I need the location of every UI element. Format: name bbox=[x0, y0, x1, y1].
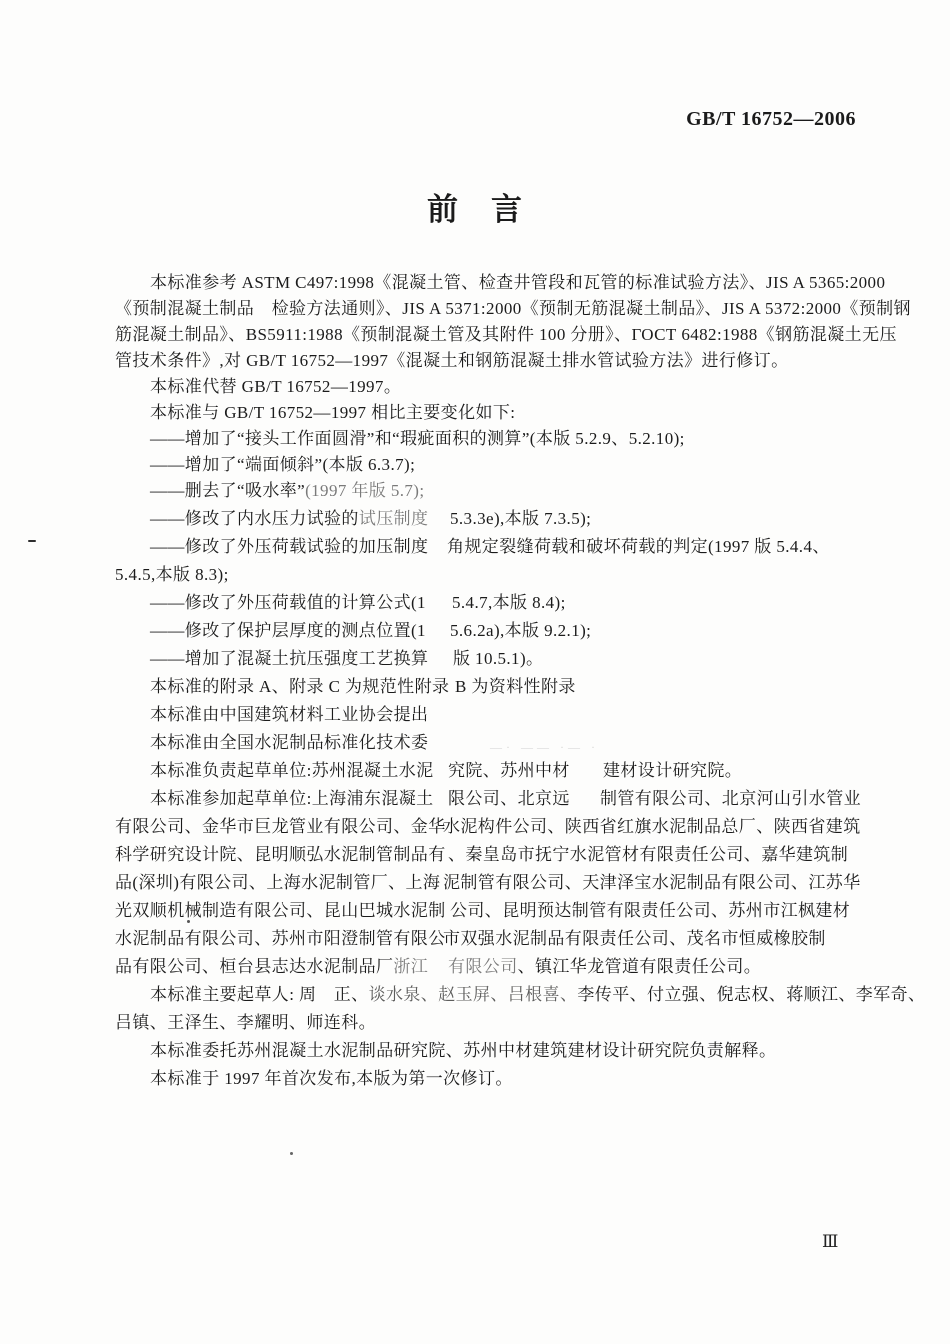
foreword-body-block: ——修改了内水压力试验的试压制度5.3.3e),本版 7.3.5); ——修改了… bbox=[115, 505, 895, 1093]
text-segment: 有限公司、镇江华龙管道有限责任公司。 bbox=[448, 953, 761, 981]
scan-speck bbox=[290, 1152, 293, 1155]
text-segment: 5.4.5,本版 8.3); bbox=[115, 565, 229, 584]
foreword-line: 本标准于 1997 年首次发布,本版为第一次修订。 bbox=[115, 1065, 895, 1093]
foreword-line: 吕镇、王泽生、李耀明、师连科。 bbox=[115, 1009, 895, 1037]
foreword-line: 本标准由中国建筑材料工业协会提出 bbox=[115, 701, 895, 729]
foreword-line: 科学研究设计院、昆明顺弘水泥制管制品有、秦皇岛市抚宁水泥管材有限责任公司、嘉华建… bbox=[115, 841, 895, 869]
text-segment: 水泥制品有限公司、苏州市阳澄制管有限公 bbox=[115, 929, 446, 948]
foreword-line: ——增加了混凝土抗压强度工艺换算版 10.5.1)。 bbox=[115, 645, 895, 673]
text-segment: 本标准委托苏州混凝土水泥制品研究院、苏州中材建筑建材设计研究院负责解释。 bbox=[150, 1041, 776, 1060]
faded-text-segment: 谈水泉、赵玉屏、吕根喜、 bbox=[369, 985, 578, 1004]
text-segment: 角规定裂缝荷载和破坏荷载的判定(1997 版 5.4.4、 bbox=[447, 533, 830, 561]
foreword-line: 有限公司、金华市巨龙管业有限公司、金华水泥构件公司、陕西省红旗水泥制品总厂、陕西… bbox=[115, 813, 895, 841]
text-segment: 制管有限公司、北京河山引水管业 bbox=[600, 785, 861, 813]
foreword-line: 本标准委托苏州混凝土水泥制品研究院、苏州中材建筑建材设计研究院负责解释。 bbox=[115, 1037, 895, 1065]
foreword-line: 筋混凝土制品》、BS5911:1988《预制混凝土管及其附件 100 分册》、Г… bbox=[115, 322, 895, 348]
text-segment: 光双顺机械制造有限公司、昆山巴城水泥制 bbox=[115, 901, 446, 920]
foreword-line: ——增加了“端面倾斜”(本版 6.3.7); bbox=[115, 452, 895, 478]
text-segment: ——修改了外压荷载试验的加压制度 bbox=[150, 537, 428, 556]
foreword-line: ——修改了外压荷载值的计算公式(15.4.7,本版 8.4); bbox=[115, 589, 895, 617]
foreword-line: 本标准主要起草人: 周 正、谈水泉、赵玉屏、吕根喜、李传平、付立强、倪志权、蒋顺… bbox=[115, 981, 895, 1009]
text-segment: ——修改了保护层厚度的测点位置(1 bbox=[150, 621, 426, 640]
text-segment: 本标准由全国水泥制品标准化技术委 bbox=[150, 733, 428, 752]
faded-text-segment: 试压制度 bbox=[359, 509, 429, 528]
foreword-line: 本标准代替 GB/T 16752—1997。 bbox=[115, 374, 895, 400]
foreword-line: ——删去了“吸水率”(1997 年版 5.7); bbox=[115, 478, 895, 504]
text-segment: 本标准与 GB/T 16752—1997 相比主要变化如下: bbox=[150, 403, 515, 422]
text-segment: 筋混凝土制品》、BS5911:1988《预制混凝土管及其附件 100 分册》、Г… bbox=[115, 325, 897, 344]
foreword-line: 光双顺机械制造有限公司、昆山巴城水泥制公司、昆明预达制管有限责任公司、苏州市江枫… bbox=[115, 897, 895, 925]
text-segment: 本标准由中国建筑材料工业协会提出 bbox=[150, 705, 428, 724]
doc-number: GB/T 16752—2006 bbox=[686, 108, 856, 131]
text-segment: 本标准参加起草单位:上海浦东混凝土 bbox=[150, 789, 434, 808]
foreword-line: 水泥制品有限公司、苏州市阳澄制管有限公市双强水泥制品有限责任公司、茂名市恒威橡胶… bbox=[115, 925, 895, 953]
foreword-line: 本标准参加起草单位:上海浦东混凝土限公司、北京远制管有限公司、北京河山引水管业 bbox=[115, 785, 895, 813]
text-segment: 本标准的附录 A、附录 C 为规范性附录 bbox=[150, 677, 449, 696]
text-segment: 、镇江华龙管道有限责任公司。 bbox=[518, 957, 762, 976]
page-number: Ⅲ bbox=[822, 1232, 838, 1252]
foreword-line: 管技术条件》,对 GB/T 16752—1997《混凝土和钢筋混凝土排水管试验方… bbox=[115, 348, 895, 374]
foreword-line: 本标准与 GB/T 16752—1997 相比主要变化如下: bbox=[115, 400, 895, 426]
foreword-line: ——修改了外压荷载试验的加压制度角规定裂缝荷载和破坏荷载的判定(1997 版 5… bbox=[115, 533, 895, 561]
text-segment: 本标准代替 GB/T 16752—1997。 bbox=[150, 377, 401, 396]
text-segment: 版 10.5.1)。 bbox=[453, 645, 543, 673]
text-segment: 《预制混凝土制品 检验方法通则》、JIS A 5371:2000《预制无筋混凝土… bbox=[115, 299, 911, 318]
scanned-standard-page: { "header": { "doc_number": "GB/T 16752—… bbox=[0, 0, 950, 1344]
page-title: 前 言 bbox=[0, 184, 950, 229]
text-segment: 5.3.3e),本版 7.3.5); bbox=[450, 505, 591, 533]
text-segment: ——增加了“接头工作面圆滑”和“瑕疵面积的测算”(本版 5.2.9、5.2.10… bbox=[150, 429, 685, 448]
foreword-line: 品(深圳)有限公司、上海水泥制管厂、上海泥制管有限公司、天津泽宝水泥制品有限公司… bbox=[115, 869, 895, 897]
foreword-line: 5.4.5,本版 8.3); bbox=[115, 561, 895, 589]
text-segment: 有限公司、金华市巨龙管业有限公司、金华 bbox=[115, 817, 446, 836]
text-segment: 品有限公司、桓台县志达水泥制品厂 bbox=[115, 957, 393, 976]
text-segment: 本标准于 1997 年首次发布,本版为第一次修订。 bbox=[150, 1069, 513, 1088]
text-segment: 品(深圳)有限公司、上海水泥制管厂、上海 bbox=[115, 873, 440, 892]
text-segment: 李传平、付立强、倪志权、蒋顺江、李军奇、 bbox=[577, 985, 925, 1004]
text-segment: 水泥构件公司、陕西省红旗水泥制品总厂、陕西省建筑 bbox=[443, 813, 861, 841]
foreword-line: ——修改了内水压力试验的试压制度5.3.3e),本版 7.3.5); bbox=[115, 505, 895, 533]
foreword-line: 本标准参考 ASTM C497:1998《混凝土管、检查井管段和瓦管的标准试验方… bbox=[115, 270, 895, 296]
text-segment: 市双强水泥制品有限责任公司、茂名市恒威橡胶制 bbox=[443, 925, 826, 953]
foreword-line: ——修改了保护层厚度的测点位置(15.6.2a),本版 9.2.1); bbox=[115, 617, 895, 645]
foreword-line: 品有限公司、桓台县志达水泥制品厂浙江有限公司、镇江华龙管道有限责任公司。 bbox=[115, 953, 895, 981]
text-segment: ——删去了“吸水率” bbox=[150, 481, 305, 500]
foreword-intro-block: 本标准参考 ASTM C497:1998《混凝土管、检查井管段和瓦管的标准试验方… bbox=[115, 270, 895, 504]
text-segment: 吕镇、王泽生、李耀明、师连科。 bbox=[115, 1013, 376, 1032]
faded-text-segment: (1997 年版 5.7); bbox=[305, 481, 424, 500]
foreword-line: 《预制混凝土制品 检验方法通则》、JIS A 5371:2000《预制无筋混凝土… bbox=[115, 296, 895, 322]
text-segment: 、秦皇岛市抚宁水泥管材有限责任公司、嘉华建筑制 bbox=[448, 841, 848, 869]
text-segment: 本标准主要起草人: 周 正、 bbox=[150, 985, 369, 1004]
scan-speck bbox=[187, 920, 190, 923]
text-segment: 究院、苏州中材 bbox=[448, 757, 570, 785]
text-segment: 建材设计研究院。 bbox=[603, 757, 742, 785]
text-segment: 5.4.7,本版 8.4); bbox=[452, 589, 566, 617]
text-segment: 本标准负责起草单位:苏州混凝土水泥 bbox=[150, 761, 434, 780]
text-segment: 限公司、北京远 bbox=[448, 785, 570, 813]
text-segment: 本标准参考 ASTM C497:1998《混凝土管、检查井管段和瓦管的标准试验方… bbox=[150, 273, 885, 292]
text-segment: ——修改了外压荷载值的计算公式(1 bbox=[150, 593, 426, 612]
faded-text-segment: 有限公司 bbox=[448, 957, 518, 976]
foreword-line: ——增加了“接头工作面圆滑”和“瑕疵面积的测算”(本版 5.2.9、5.2.10… bbox=[115, 426, 895, 452]
text-segment: 泥制管有限公司、天津泽宝水泥制品有限公司、江苏华 bbox=[443, 869, 861, 897]
text-segment: 管技术条件》,对 GB/T 16752—1997《混凝土和钢筋混凝土排水管试验方… bbox=[115, 351, 788, 370]
text-segment: ——修改了内水压力试验的 bbox=[150, 509, 359, 528]
foreword-line: 本标准由全国水泥制品标准化技术委—· —— ·— · bbox=[115, 729, 895, 757]
text-segment: B 为资料性附录 bbox=[455, 673, 576, 701]
text-segment: 科学研究设计院、昆明顺弘水泥制管制品有 bbox=[115, 845, 446, 864]
foreword-line: 本标准的附录 A、附录 C 为规范性附录B 为资料性附录 bbox=[115, 673, 895, 701]
foreword-line: 本标准负责起草单位:苏州混凝土水泥究院、苏州中材建材设计研究院。 bbox=[115, 757, 895, 785]
text-segment: ——增加了“端面倾斜”(本版 6.3.7); bbox=[150, 455, 415, 474]
text-segment: 5.6.2a),本版 9.2.1); bbox=[450, 617, 591, 645]
faded-text-segment: 浙江 bbox=[393, 957, 428, 976]
scan-speck bbox=[28, 540, 36, 542]
text-segment: ——增加了混凝土抗压强度工艺换算 bbox=[150, 649, 428, 668]
text-segment: 公司、昆明预达制管有限责任公司、苏州市江枫建材 bbox=[450, 897, 850, 925]
